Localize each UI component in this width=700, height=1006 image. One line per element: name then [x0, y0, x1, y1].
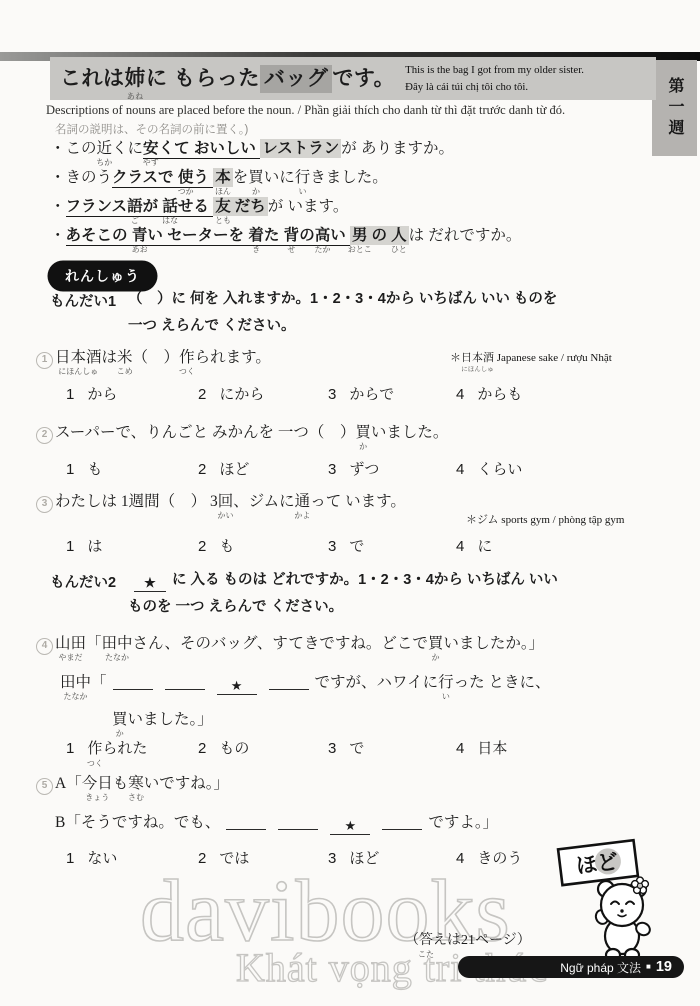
question-3-options: 1は2も3で4に	[55, 538, 676, 564]
option-2: 2にから	[198, 386, 264, 405]
text-segment: （ ）に 何を 入れますか。1・2・3・4から いちばん いい ものを	[128, 290, 557, 308]
text-segment: にから	[219, 386, 264, 405]
text-segment: 「	[91, 673, 107, 692]
answer-blank	[113, 672, 153, 690]
example-sentence: ・この 近ちかくに 安やすくて おいしい レストランが ありますか。	[50, 139, 521, 168]
mondai2-directions: もんだい2 ★に 入る ものは どれですか。1・2・3・4から いちばん いい …	[50, 571, 558, 625]
star-blank: ★	[217, 677, 257, 695]
option-text: も	[87, 462, 102, 478]
option-3: 3ずつ	[328, 461, 379, 480]
furigana: せ	[287, 246, 295, 254]
option-number: 2	[198, 538, 206, 555]
text-segment: いですね。」	[144, 774, 229, 793]
text-segment: られます。	[195, 348, 271, 367]
text-segment: が	[143, 197, 163, 217]
ruby-text: 日本酒にほんしゅ	[55, 348, 102, 367]
ruby-text: 作つく	[87, 740, 102, 759]
text-segment: いましたか。」	[443, 634, 544, 653]
text-segment: 「	[86, 634, 102, 653]
text-segment: た	[264, 226, 284, 246]
text-segment: わたしは 1週間（ ） 3	[55, 492, 218, 511]
question-4-options: 1作つくられた2もの3で4日本	[55, 740, 676, 766]
ruby-text: 田中たなか	[102, 634, 133, 653]
ruby-text: 買か	[112, 710, 128, 729]
text-segment: に もらった	[146, 66, 260, 92]
key-sentence-translations: This is the bag I got from my older sist…	[405, 57, 584, 100]
option-number: 2	[198, 740, 206, 757]
text-segment: ない	[87, 850, 117, 869]
text-segment: られた	[102, 740, 147, 759]
example-sentence: ・きのう クラスで 使つかう 本ほんを 買かいに 行いきました。	[50, 168, 521, 197]
ruby-text: 回かい	[218, 492, 234, 511]
text-segment: えは21ページ）	[433, 932, 531, 950]
option-3: 3からで	[328, 386, 394, 405]
option-text: もの	[219, 741, 249, 757]
text-segment: いました。	[371, 423, 449, 442]
furigana: つく	[87, 760, 103, 768]
option-number: 3	[328, 538, 336, 555]
option-number: 1	[66, 386, 74, 403]
option-text: から	[87, 387, 117, 403]
mondai2-text: ★に 入る ものは どれですか。1・2・3・4から いちばん いい ものを 一つ…	[128, 571, 558, 625]
furigana: かよ	[294, 512, 310, 520]
question-3: 3 わたしは 1週間（ ） 3回かい、ジムに 通かよって います。 1は2も3で…	[36, 492, 676, 564]
ruby-text: 買か	[428, 634, 444, 653]
text-segment: い	[330, 226, 350, 246]
text-segment: 、ジムに	[233, 492, 294, 511]
furigana: たなか	[105, 654, 129, 662]
furigana: ご	[131, 217, 139, 225]
bear-mascot: ほど	[550, 833, 680, 973]
option-text: 日本	[477, 741, 507, 757]
practice-badge: れんしゅう	[49, 262, 156, 290]
mondai1-label: もんだい1	[50, 290, 128, 344]
option-number: 4	[456, 538, 464, 555]
option-text: からも	[477, 387, 522, 403]
text-segment: せる	[178, 197, 213, 217]
text-segment: ですよ。」	[428, 813, 498, 832]
furigana: あね	[127, 93, 144, 101]
question-3-number: 3	[36, 496, 53, 513]
option-number: 2	[198, 461, 206, 478]
furigana: やまだ	[59, 654, 83, 662]
text-segment: あそこの	[66, 226, 132, 246]
text-segment: ＊	[450, 352, 461, 366]
key-sentence: これは 姉あねに もらった バッグ です。	[50, 57, 395, 100]
furigana: か	[359, 443, 367, 451]
furigana: い	[299, 188, 307, 196]
option-text: も	[219, 539, 234, 555]
vocab-note-gym: ＊ジム sports gym / phòng tập gym	[466, 514, 624, 528]
text-segment: ・きのう	[50, 168, 112, 187]
text-segment: が います。	[268, 197, 349, 216]
text-segment: ものを 一つ えらんで ください。	[128, 598, 343, 616]
furigana: あお	[132, 246, 148, 254]
option-number: 1	[66, 538, 74, 555]
text-segment: だち	[233, 197, 268, 216]
text-segment: った ときに、	[454, 673, 551, 692]
text-segment: フランス	[66, 197, 128, 217]
option-number: 1	[66, 461, 74, 478]
text-segment: もの	[219, 740, 249, 759]
grammar-explanation-ja: 名詞の説明は、その名詞の前に置く。)	[55, 121, 248, 137]
text-segment: の	[299, 226, 315, 246]
flower-icon	[632, 877, 649, 893]
ruby-text: 語ご	[127, 197, 143, 217]
answer-page-note: （答こたえは21ページ）	[405, 932, 531, 950]
option-4: 4からも	[456, 386, 522, 405]
text-segment: ・	[50, 226, 66, 245]
text-segment: ・この	[50, 139, 97, 158]
furigana: たか	[314, 246, 330, 254]
text-segment: スーパーで、りんごと みかんを 一つ（ ）	[55, 423, 355, 442]
option-number: 3	[328, 461, 336, 478]
option-4: 4日本	[456, 740, 507, 759]
furigana: き	[252, 246, 260, 254]
furigana: おとこ	[348, 246, 372, 254]
ruby-text: 田中たなか	[60, 673, 91, 692]
text-segment: A「	[55, 774, 82, 793]
text-segment: に	[477, 538, 492, 557]
option-number: 2	[198, 386, 206, 403]
text-segment: 日本	[477, 740, 507, 759]
option-number: 4	[456, 461, 464, 478]
text-segment: バッグ	[260, 65, 333, 93]
text-segment: い セーターを	[147, 226, 248, 246]
furigana: ちか	[96, 159, 112, 167]
furigana: さむ	[128, 794, 144, 802]
question-5-number: 5	[36, 778, 53, 795]
text-segment: から	[87, 386, 117, 405]
ruby-text: 近ちか	[97, 139, 113, 158]
question-2-options: 1も2ほど3ずつ4くらい	[55, 461, 676, 487]
option-text: 作つくられた	[87, 741, 147, 757]
ruby-text: 安やす	[143, 139, 159, 159]
page-number: 19	[656, 959, 672, 975]
footer-section-label: Ngữ pháp 文法	[560, 959, 641, 976]
ruby-text: 友とも	[213, 197, 233, 216]
option-text: くらい	[477, 462, 522, 478]
text-segment: いました。」	[128, 710, 213, 729]
text-segment: です。	[332, 66, 395, 92]
option-2: 2ほど	[198, 461, 249, 480]
text-segment: （	[405, 932, 419, 950]
ruby-text: 答こた	[419, 932, 433, 950]
answer-blank	[269, 672, 309, 690]
week-tab: 第一週	[652, 60, 697, 156]
text-segment: ずつ	[349, 461, 379, 480]
ruby-text: 通かよ	[295, 492, 311, 511]
furigana: やす	[143, 159, 159, 167]
text-segment: くに	[112, 139, 143, 158]
option-text: にから	[219, 387, 264, 403]
furigana: たなか	[64, 693, 88, 701]
furigana: ほん	[215, 188, 231, 196]
text-segment: に 入る ものは どれですか。1・2・3・4から いちばん いい	[172, 571, 558, 589]
mondai2-label: もんだい2	[50, 571, 128, 625]
option-4: 4くらい	[456, 461, 522, 480]
furigana: はな	[162, 217, 178, 225]
mondai1-text: （ ）に 何を 入れますか。1・2・3・4から いちばん いい ものを 一つ え…	[128, 290, 557, 344]
text-segment: からも	[477, 386, 522, 405]
option-number: 4	[456, 386, 464, 403]
option-number: 4	[456, 740, 464, 757]
furigana: か	[252, 188, 260, 196]
translation-vi: Đây là cái túi chị tôi cho tôi.	[405, 79, 584, 96]
star-blank: ★	[134, 574, 166, 592]
text-segment: ほど	[219, 461, 249, 480]
ruby-text: 山田やまだ	[55, 634, 86, 653]
furigana: とも	[215, 217, 231, 225]
question-4: 4 山田やまだ「田中たなかさん、そのバッグ、すてきですね。どこで 買かいましたか…	[36, 634, 676, 766]
text-segment: （ ）	[133, 348, 180, 367]
question-2: 2 スーパーで、りんごと みかんを 一つ（ ） 買かいました。 1も2ほど3ずつ…	[36, 423, 676, 487]
ruby-text: 人ひと	[389, 226, 409, 245]
example-sentence: ・フランス語ごが 話はなせる 友ともだちが います。	[50, 197, 521, 226]
textbook-page: 第一週 これは 姉あねに もらった バッグ です。 This is the ba…	[0, 0, 700, 1006]
answer-blank	[278, 812, 318, 830]
text-segment: も	[219, 538, 234, 557]
option-1: 1ない	[66, 850, 117, 869]
ruby-text: 買か	[248, 168, 264, 187]
answer-blank	[382, 812, 422, 830]
furigana: こめ	[117, 368, 133, 376]
ruby-text: 買か	[355, 423, 371, 442]
key-sentence-bar: これは 姉あねに もらった バッグ です。 This is the bag I …	[50, 57, 656, 100]
text-segment: くて おいしい	[159, 139, 261, 159]
option-2: 2も	[198, 538, 234, 557]
ruby-text: 寒さむ	[128, 774, 144, 793]
text-segment: きました。	[310, 168, 388, 187]
answer-blank	[226, 812, 266, 830]
option-text: に	[477, 539, 492, 555]
ruby-text: 米こめ	[117, 348, 133, 367]
text-segment: は	[87, 538, 102, 557]
option-3: 3で	[328, 740, 364, 759]
text-segment: で	[349, 740, 364, 759]
furigana: つか	[178, 188, 194, 196]
text-segment: で	[349, 538, 364, 557]
ruby-text: 使つか	[178, 168, 194, 188]
example-sentence: ・あそこの 青あおい セーターを 着きた 背せの高たかい 男おとこの人ひとは だ…	[50, 226, 521, 255]
option-number: 1	[66, 740, 74, 757]
example-sentences: ・この 近ちかくに 安やすくて おいしい レストランが ありますか。 ・きのう …	[50, 139, 521, 255]
text-segment: ＊ジム sports gym / phòng tập gym	[466, 514, 624, 528]
furigana: い	[442, 693, 450, 701]
option-text: ずつ	[349, 462, 379, 478]
text-segment: クラスで	[112, 168, 178, 188]
question-2-number: 2	[36, 427, 53, 444]
text-segment: レストラン	[260, 139, 341, 158]
option-number: 3	[328, 386, 336, 403]
text-segment: いに	[264, 168, 295, 187]
furigana: かい	[218, 512, 234, 520]
square-bullet-icon: ■	[646, 963, 651, 971]
option-1: 1も	[66, 461, 102, 480]
option-text: ない	[87, 851, 117, 867]
answer-blank	[165, 672, 205, 690]
option-2: 2もの	[198, 740, 249, 759]
option-1: 1から	[66, 386, 117, 405]
translation-en: This is the bag I got from my older sist…	[405, 62, 584, 79]
furigana: きょう	[85, 794, 109, 802]
option-1: 1は	[66, 538, 102, 557]
bear-mascot-drawing: ほど	[550, 833, 680, 968]
text-segment: って います。	[310, 492, 406, 511]
furigana: か	[116, 730, 124, 738]
text-segment: さん、そのバッグ、すてきですね。どこで	[133, 634, 428, 653]
text-segment: も	[113, 774, 129, 793]
option-text: で	[349, 741, 364, 757]
furigana: つく	[179, 368, 195, 376]
text-segment: は だれですか。	[409, 226, 522, 245]
question-1-options: 1から2にから3からで4からも	[55, 386, 676, 412]
ruby-text: 話はな	[162, 197, 178, 217]
option-1: 1作つくられた	[66, 740, 147, 759]
star-blank: ★	[330, 817, 370, 835]
ruby-text: 行い	[438, 673, 454, 692]
option-text: ほど	[219, 462, 249, 478]
text-segment: も	[87, 461, 102, 480]
ruby-text: 作つく	[179, 348, 195, 367]
option-text: は	[87, 539, 102, 555]
text-segment: B「そうですね。でも、	[55, 813, 220, 832]
ruby-text: 高たか	[315, 226, 331, 246]
question-4-number: 4	[36, 638, 53, 655]
option-4: 4に	[456, 538, 492, 557]
text-segment: くらい	[477, 461, 522, 480]
furigana: ひと	[391, 246, 407, 254]
ruby-text: 日本酒にほんしゅ	[461, 352, 494, 366]
text-segment: ですが、ハワイに	[315, 673, 439, 692]
option-3: 3で	[328, 538, 364, 557]
grammar-explanation-en-vi: Descriptions of nouns are placed before …	[46, 103, 565, 118]
text-segment: これは	[60, 66, 125, 92]
ruby-text: 本ほん	[213, 168, 233, 187]
ruby-text: 着き	[248, 226, 264, 246]
option-number: 1	[66, 850, 74, 867]
furigana: こた	[418, 951, 434, 959]
mascot-sign: ほど	[558, 840, 638, 885]
ruby-text: 今日きょう	[82, 774, 113, 793]
ruby-text: 男おとこ	[350, 226, 370, 245]
text-segment: う	[193, 168, 213, 188]
question-1-number: 1	[36, 352, 53, 369]
option-text: で	[349, 539, 364, 555]
ruby-text: 青あお	[132, 226, 148, 246]
option-number: 3	[328, 740, 336, 757]
text-segment: は	[102, 348, 118, 367]
week-tab-label: 第一週	[663, 77, 686, 140]
furigana: か	[432, 654, 440, 662]
text-segment: の	[370, 226, 390, 245]
furigana: にほんしゅ	[461, 367, 494, 374]
text-segment: からで	[349, 386, 394, 405]
page-footer: Ngữ pháp 文法 ■ 19	[458, 956, 684, 978]
text-segment: ・	[50, 197, 66, 216]
ruby-text: 姉あね	[125, 66, 147, 92]
text-segment: が ありますか。	[341, 139, 454, 158]
option-text: からで	[349, 387, 394, 403]
ruby-text: 行い	[295, 168, 311, 187]
text-segment: Japanese sake / rượu Nhật	[494, 352, 612, 366]
ruby-text: 背せ	[284, 226, 300, 246]
text-segment: を	[233, 168, 249, 187]
mondai1-directions: もんだい1 （ ）に 何を 入れますか。1・2・3・4から いちばん いい もの…	[50, 290, 557, 344]
furigana: にほんしゅ	[58, 368, 98, 376]
vocab-note-sake: ＊日本酒にほんしゅ Japanese sake / rượu Nhật	[450, 352, 612, 366]
text-segment: 一つ えらんで ください。	[128, 317, 296, 335]
